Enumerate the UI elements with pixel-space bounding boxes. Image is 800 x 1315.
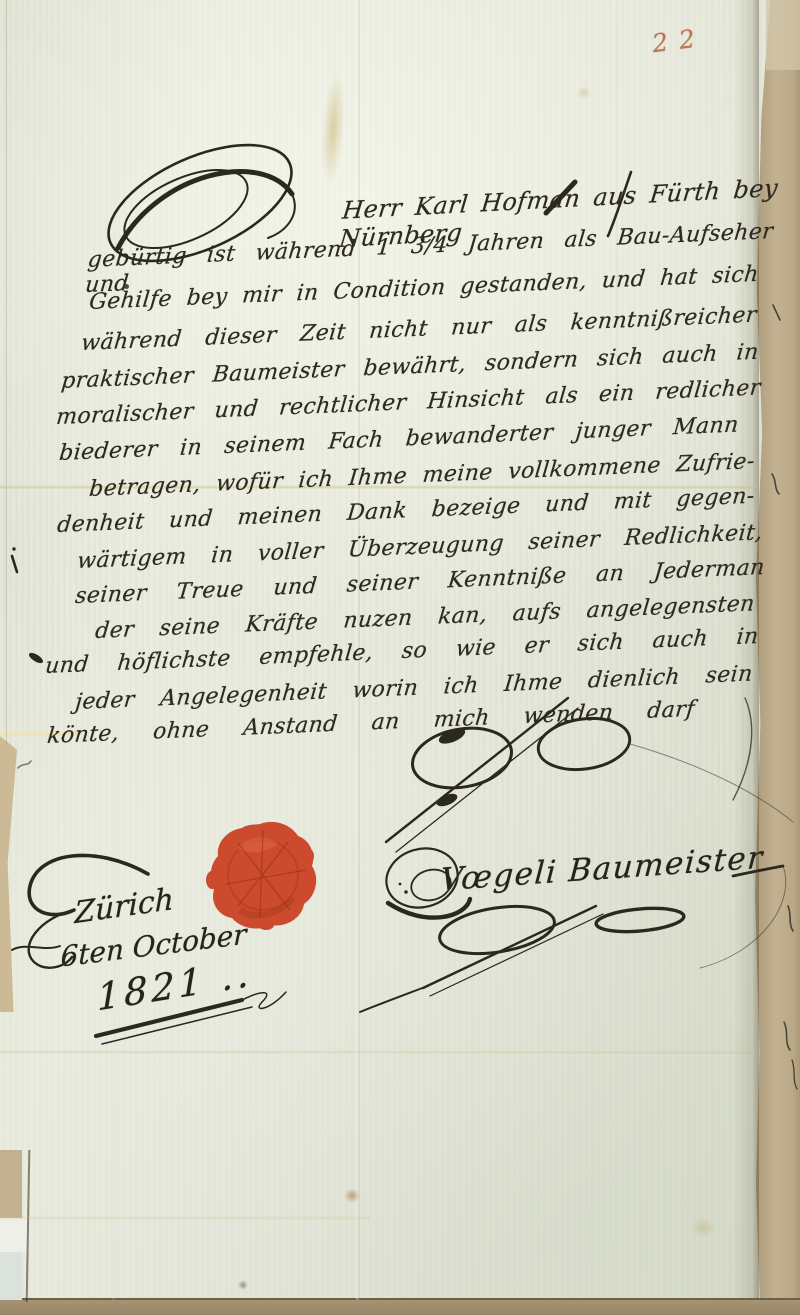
stain — [344, 1188, 360, 1203]
scanned-letter: 22 Herr Karl Hofman aus Fürth bey Nürnbe… — [0, 0, 800, 1315]
left-page-hairline — [6, 0, 7, 745]
horizontal-fold — [0, 1216, 370, 1220]
stain — [576, 86, 592, 99]
stacked-page-edge-white — [0, 1218, 27, 1252]
stacked-page-edge-blue — [0, 1252, 22, 1300]
stacked-page-edge-tan — [0, 1150, 22, 1218]
stain — [238, 1280, 248, 1290]
under-page-right-corner — [766, 0, 800, 70]
stain — [690, 1218, 716, 1238]
under-page-bottom-edge — [0, 1298, 800, 1315]
